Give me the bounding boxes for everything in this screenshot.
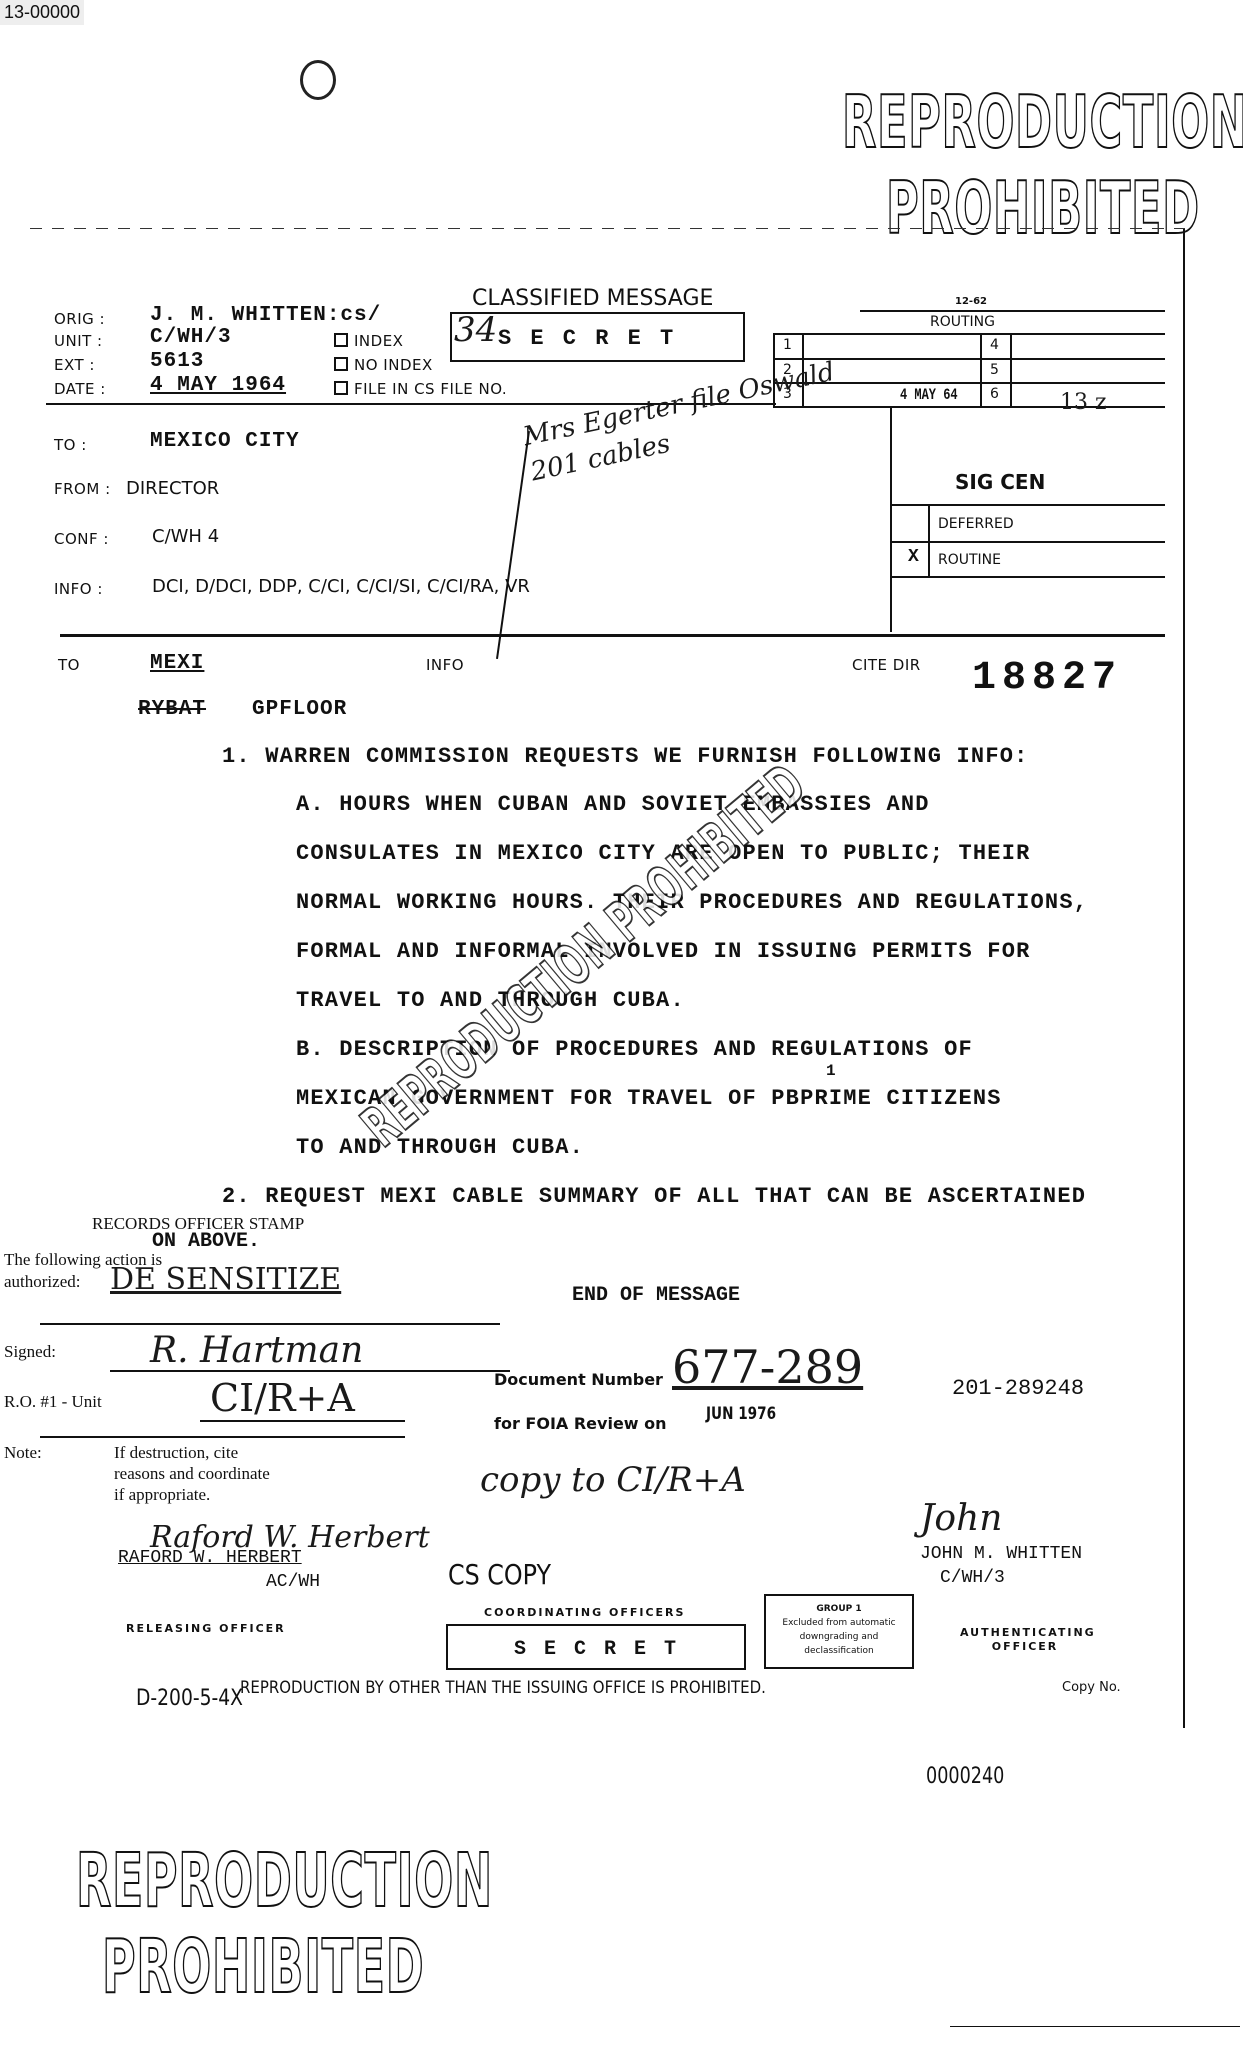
file-in-cs-label: FILE IN CS FILE NO. [354,380,507,398]
date-value: 4 MAY 1964 [150,374,286,397]
routing-title: ROUTING [930,314,995,330]
end-of-message: END OF MESSAGE [572,1284,740,1307]
ext-value: 5613 [150,350,204,373]
form-top-dashed [30,228,1185,229]
msg-to-value: MEXI [150,652,204,675]
bottom-edge-line [950,2026,1240,2027]
to-value: MEXICO CITY [150,430,300,453]
foia-review-date: JUN 1976 [706,1404,776,1424]
page-id: 13-00000 [0,0,84,25]
orig-label: ORIG : [54,310,105,328]
precedence-check-col [928,504,930,578]
authenticating-title: C/WH/3 [940,1568,1005,1588]
no-index-label: NO INDEX [354,356,433,374]
serial-number: 0000240 [926,1764,1004,1789]
ro-value: CI/R+A [210,1376,355,1420]
ext-label: EXT : [54,356,95,374]
reproduction-stamp-bottom-line2: PROHIBITED [102,1924,424,2010]
releasing-label: RELEASING OFFICER [126,1622,286,1635]
classification-handwritten-number: 34 [454,310,497,350]
doc-number-label: Document Number [494,1370,663,1389]
message-line-1: 1. WARREN COMMISSION REQUESTS WE FURNISH… [222,744,1029,769]
precedence-routine: ROUTINE [938,552,1001,568]
routing-col-d [1010,333,1012,408]
group-box-line-1: GROUP 1 [764,1604,914,1614]
no-index-checkbox[interactable]: NO INDEX [334,356,433,374]
authenticating-name: JOHN M. WHITTEN [920,1544,1082,1564]
footnote-marker: 1 [826,1062,836,1080]
to-label: TO : [54,436,87,454]
routing-row-1-right: 4 [990,337,999,353]
form-right-border [1183,228,1185,1728]
precedence-rule-1 [890,504,1165,506]
group-box-line-4: declassification [764,1646,914,1656]
releasing-name: RAFORD W. HERBERT [118,1548,302,1568]
form-title: CLASSIFIED MESSAGE [472,286,713,311]
deferred-checkbox[interactable] [895,512,925,534]
copy-note: copy to CI/R+A [480,1460,746,1500]
note-line-2: reasons and coordinate [114,1464,270,1484]
note-label: Note: [4,1443,42,1463]
routing-row-1-left: 1 [783,337,792,353]
bottom-classification: S E C R E T [514,1638,679,1661]
routing-date-stamp: 4 MAY 64 [900,386,958,404]
annotation-line [496,431,530,659]
doc-number: 677-289 [672,1340,863,1394]
records-stamp-action: DE SENSITIZE [110,1262,341,1297]
message-line-5: FORMAL AND INFORMAL INVOLVED IN ISSUING … [296,939,1031,964]
punch-hole-icon [300,60,336,100]
note-line-3: if appropriate. [114,1485,210,1505]
checkbox-icon [334,381,348,395]
precedence-deferred: DEFERRED [938,516,1014,532]
routing-row-2-right: 5 [990,362,999,378]
records-stamp-title: RECORDS OFFICER STAMP [92,1214,304,1234]
message-line-2: A. HOURS WHEN CUBAN AND SOVIET EMBASSIES… [296,792,930,817]
signed-label: Signed: [4,1342,56,1362]
records-stamp-authorized-label: authorized: [4,1272,80,1292]
reproduction-stamp-bottom-line1: REPRODUCTION [76,1838,493,1924]
msg-to-label: TO [58,656,80,674]
group-box-line-3: downgrading and [764,1632,914,1642]
msg-info-label: INFO [426,656,464,674]
file-in-cs-checkbox[interactable]: FILE IN CS FILE NO. [334,380,507,398]
date-label: DATE : [54,380,106,398]
precedence-rule-2 [890,541,1165,543]
info-value: DCI, D/DCI, DDP, C/CI, C/CI/SI, C/CI/RA,… [152,576,530,597]
signed-rule [110,1370,510,1372]
slug-struck: RYBAT [138,698,206,721]
classification-text: S E C R E T [498,326,676,351]
reproduction-stamp-top-line2: PROHIBITED [886,166,1200,250]
index-checkbox[interactable]: INDEX [334,332,403,350]
file-number: 201-289248 [952,1376,1084,1401]
handwritten-note: Mrs Egerter file Oswald 201 cables [520,345,887,490]
from-value: DIRECTOR [126,478,219,499]
records-stamp-rule-1 [40,1323,500,1325]
precedence-rule-3 [890,576,1165,578]
checkbox-icon [334,357,348,371]
message-line-10: 2. REQUEST MEXI CABLE SUMMARY OF ALL THA… [222,1184,1086,1209]
orig-value: J. M. WHITTEN:cs/ [150,304,381,327]
ro-rule [200,1420,405,1422]
foia-review-label: for FOIA Review on [494,1414,667,1433]
cite-label: CITE DIR [852,656,921,674]
ro-label: R.O. #1 - Unit [4,1392,102,1412]
routing-col-c [980,333,982,408]
reproduction-stamp-top-line1: REPRODUCTION [842,80,1243,164]
conf-label: CONF : [54,530,109,548]
routing-form-number: 12-62 [955,296,987,307]
conf-value: C/WH 4 [152,526,219,547]
releasing-title: AC/WH [266,1572,320,1592]
authenticating-label: AUTHENTICATING OFFICER [960,1626,1090,1654]
routing-row-3-right: 6 [990,386,999,402]
routing-top-rule [860,310,1165,312]
precedence-panel-left [890,406,892,632]
unit-label: UNIT : [54,332,103,350]
cs-copy: CS COPY [448,1558,551,1591]
message-divider [60,634,1165,637]
signed-value: R. Hartman [150,1330,363,1371]
routing-time-stamp: 13 z [1060,390,1107,415]
group-box-line-2: Excluded from automatic [764,1618,914,1628]
coordinating-label: COORDINATING OFFICERS [484,1606,685,1619]
unit-value: C/WH/3 [150,326,232,349]
reproduction-warning: REPRODUCTION BY OTHER THAN THE ISSUING O… [240,1678,766,1698]
note-line-1: If destruction, cite [114,1443,238,1463]
form-code: D-200-5-4X [136,1686,243,1711]
records-stamp-rule-2 [40,1436,405,1438]
message-line-9: TO AND THROUGH CUBA. [296,1135,584,1160]
checkbox-icon [334,333,348,347]
signal-center: SIG CEN [955,470,1045,494]
routine-checkbox[interactable]: X [908,547,919,567]
copy-number-label: Copy No. [1062,1680,1121,1695]
message-line-7: B. DESCRIPTION OF PROCEDURES AND REGULAT… [296,1037,973,1062]
authenticating-signature: John [920,1498,1002,1539]
from-label: FROM : [54,480,111,498]
info-label: INFO : [54,580,103,598]
slug: GPFLOOR [252,698,347,721]
index-label: INDEX [354,332,403,350]
cite-number: 18827 [972,656,1122,701]
routing-rule-1 [773,333,1165,335]
